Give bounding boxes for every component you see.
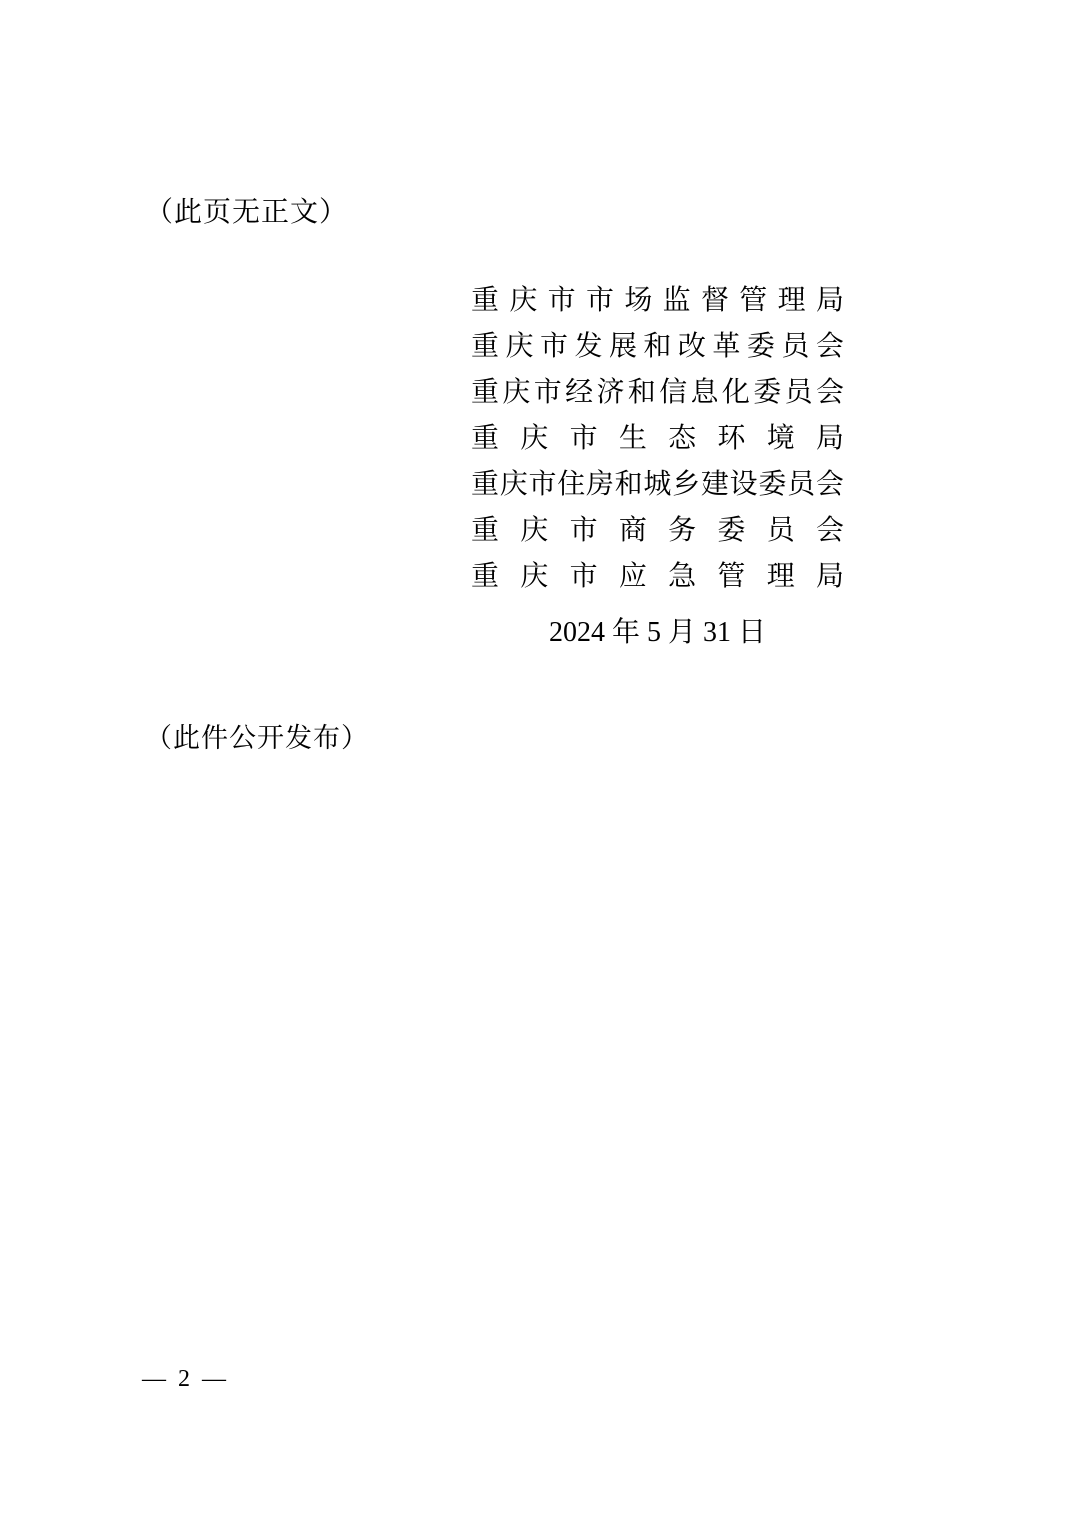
agency-line: 重庆市经济和信息化委员会 [471, 367, 844, 413]
agency-line: 重庆市发展和改革委员会 [471, 321, 844, 367]
page-number: — 2 — [142, 1366, 229, 1393]
agency-line: 重庆市应急管理局 [471, 551, 844, 597]
signature-date: 2024 年 5 月 31 日 [471, 610, 844, 656]
signature-block: 重庆市市场监督管理局 重庆市发展和改革委员会 重庆市经济和信息化委员会 重庆市生… [471, 275, 844, 656]
agency-line: 重庆市市场监督管理局 [471, 275, 844, 321]
agency-line: 重庆市商务委员会 [471, 505, 844, 551]
public-release-note: （此件公开发布） [145, 716, 369, 755]
agency-line: 重庆市住房和城乡建设委员会 [471, 459, 844, 505]
agency-line: 重庆市生态环境局 [471, 413, 844, 459]
no-body-text-note: （此页无正文） [145, 190, 348, 230]
document-page: （此页无正文） 重庆市市场监督管理局 重庆市发展和改革委员会 重庆市经济和信息化… [0, 0, 1074, 1520]
